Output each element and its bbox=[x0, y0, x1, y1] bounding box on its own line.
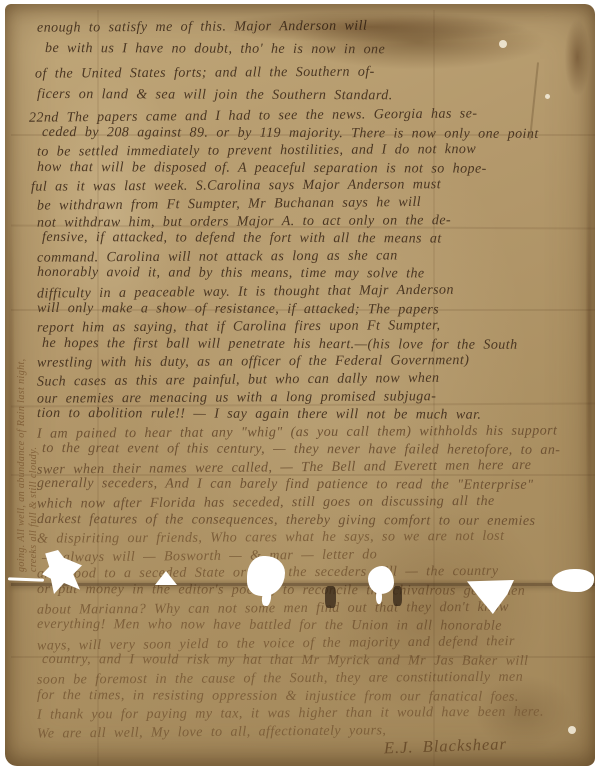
letter-line: be with us I have no doubt, tho' he is n… bbox=[29, 37, 591, 62]
fold-dark-mark bbox=[325, 586, 336, 608]
margin-note: going. All well, an abundance of Rain la… bbox=[16, 150, 40, 572]
paper-speck bbox=[568, 726, 576, 734]
paper-hole bbox=[376, 590, 382, 604]
fold-dark-mark bbox=[393, 586, 402, 606]
paper-hole bbox=[552, 569, 594, 592]
paper-speck bbox=[499, 40, 507, 48]
letter-line: soon be foremost in the cause of the Sou… bbox=[29, 668, 591, 689]
margin-note-line: creeks all full & still cloudy. bbox=[28, 150, 40, 572]
paper-speck bbox=[545, 94, 550, 99]
letter-line: which now after Florida has seceded, sti… bbox=[29, 492, 591, 513]
letter-paper: enough to satisfy me of this. Major Ande… bbox=[5, 4, 595, 766]
letter-line: of the United States forts; and all the … bbox=[29, 59, 591, 85]
margin-note-line: going. All well, an abundance of Rain la… bbox=[16, 150, 28, 572]
letter-body: enough to satisfy me of this. Major Ande… bbox=[29, 15, 591, 761]
paper-hole bbox=[368, 566, 394, 594]
letter-line: enough to satisfy me of this. Major Ande… bbox=[29, 13, 591, 39]
scanned-letter: enough to satisfy me of this. Major Ande… bbox=[0, 0, 600, 770]
